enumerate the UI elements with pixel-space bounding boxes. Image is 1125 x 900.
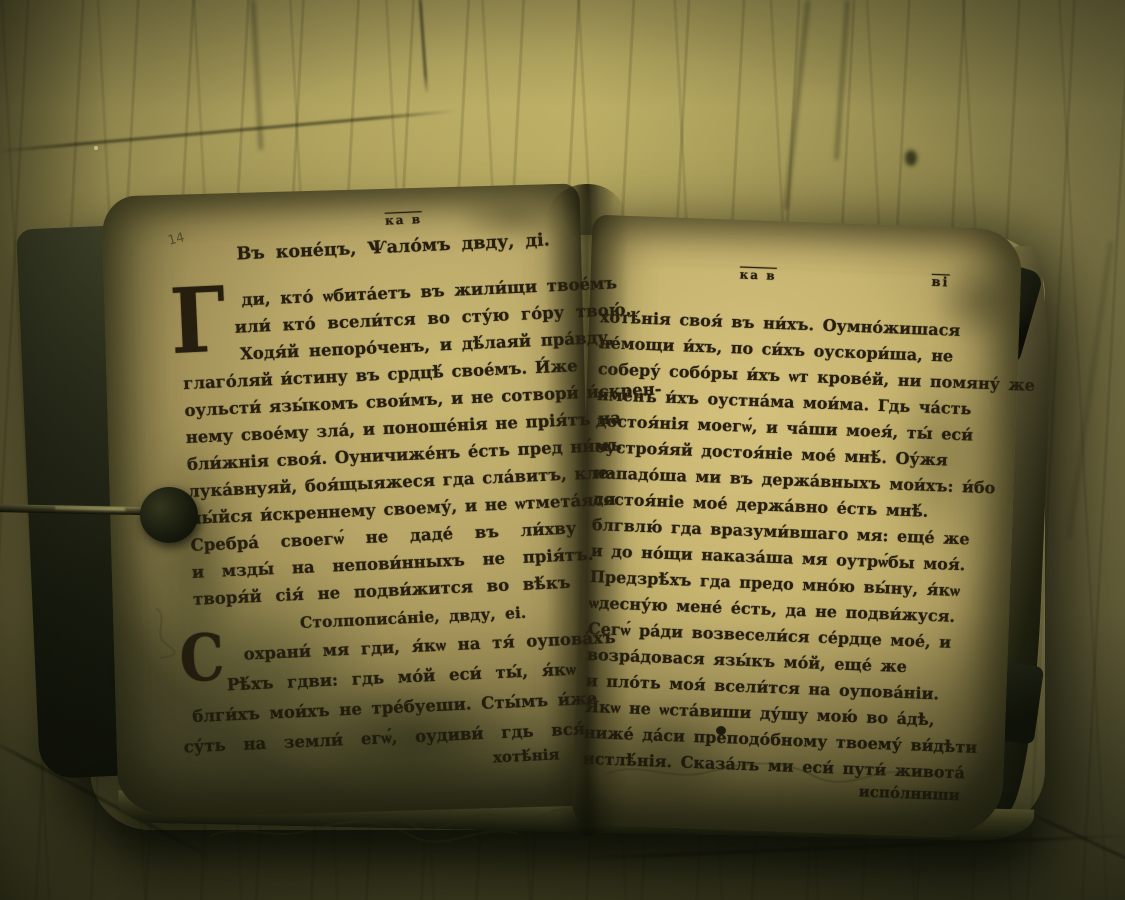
right-page-text: ка в ві хотѣ́нія своя́ въ ни́хъ. Оумно́ж… <box>577 262 1015 814</box>
rod-highlight <box>55 506 125 510</box>
left-page-text: ка в Въ коне́цъ, Ѱало́мъ двду, ді. ди, к… <box>160 204 615 788</box>
handwriting-scribbles <box>146 600 186 660</box>
wood-knot <box>905 150 917 166</box>
rod-knob <box>140 487 198 543</box>
dust-speck <box>94 146 98 150</box>
handwriting-scribbles <box>150 778 580 848</box>
handwriting-scribbles <box>600 748 920 792</box>
folio-number: ві <box>931 275 950 302</box>
kathisma-header: ка в <box>739 267 777 294</box>
ornamental-initial: Г <box>168 274 227 366</box>
ink-dot <box>716 726 726 735</box>
